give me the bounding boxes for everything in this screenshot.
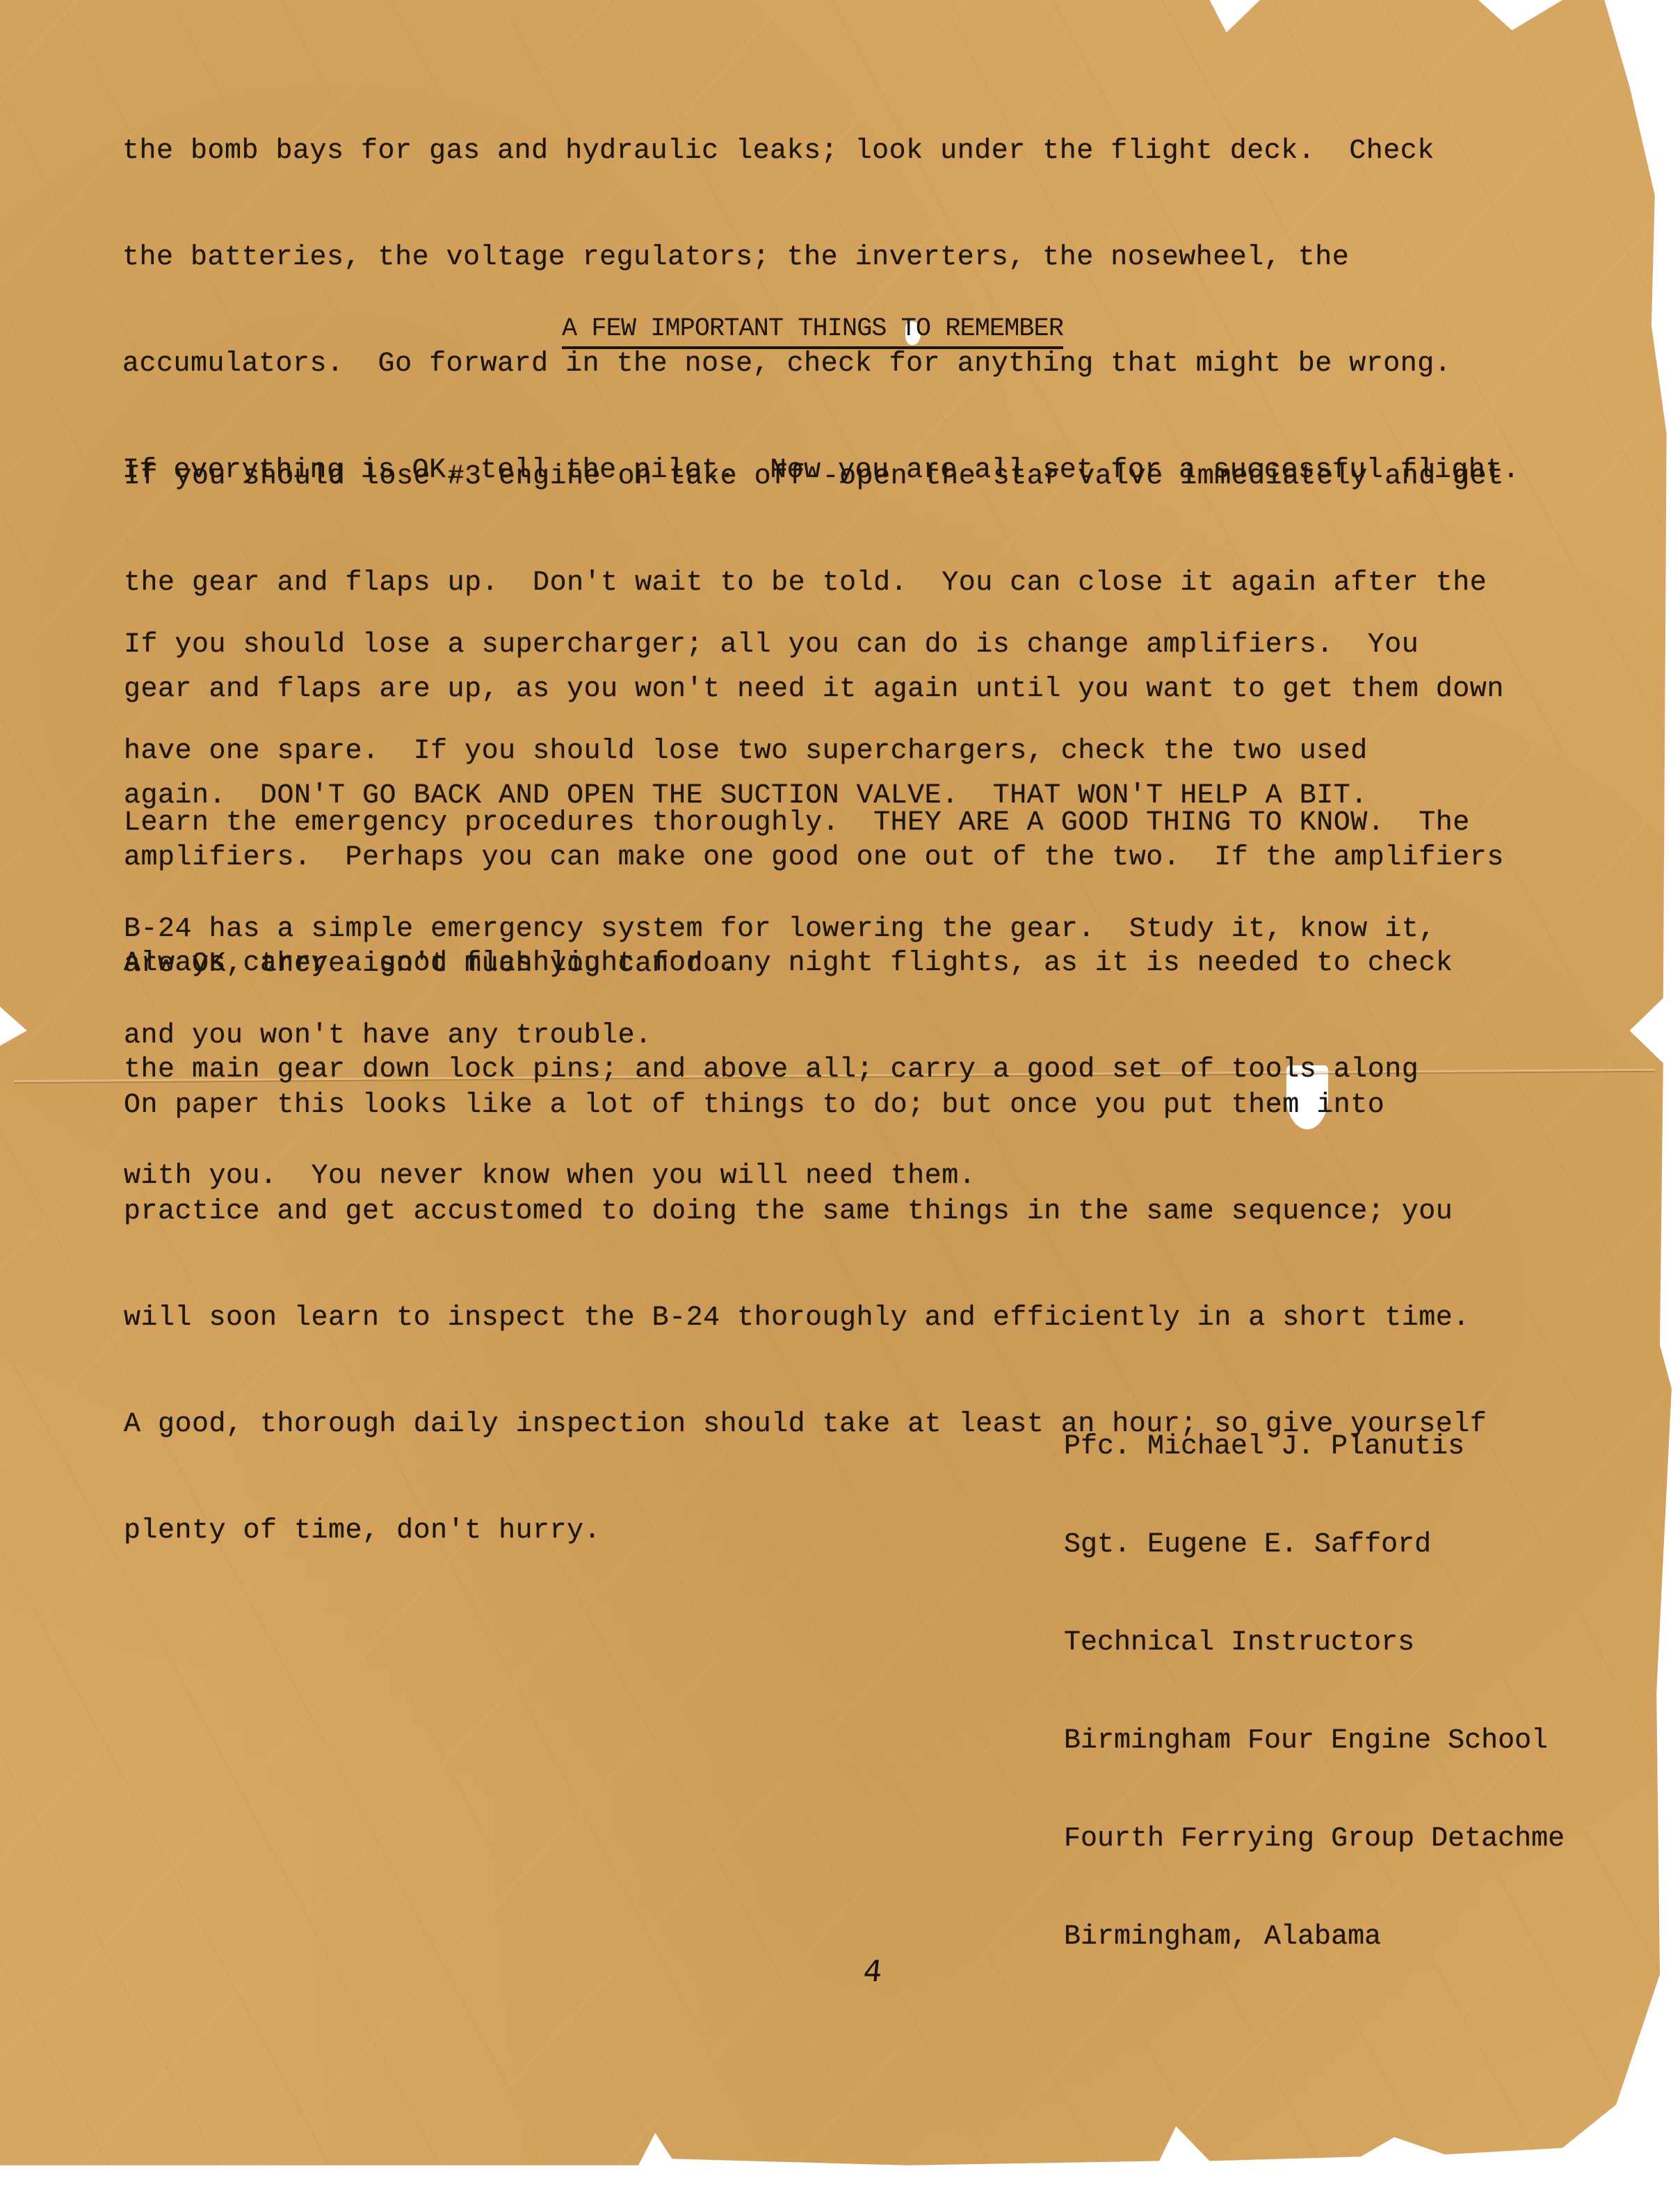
signature-line: Birmingham, Alabama	[1064, 1921, 1565, 1953]
text-line: If you should lose #3 engine on take off…	[124, 459, 1504, 494]
text-line: the batteries, the voltage regulators; t…	[122, 240, 1519, 275]
signature-line: Sgt. Eugene E. Safford	[1064, 1528, 1565, 1561]
signature-line: Fourth Ferrying Group Detachme	[1064, 1823, 1565, 1855]
text-line: will soon learn to inspect the B-24 thor…	[124, 1300, 1487, 1336]
text-line: the bomb bays for gas and hydraulic leak…	[122, 134, 1519, 169]
text-line: On paper this looks like a lot of things…	[124, 1088, 1487, 1123]
page-number: 4	[862, 1954, 884, 1988]
text-line: If you should lose a supercharger; all y…	[124, 627, 1504, 663]
signature-line: Pfc. Michael J. Planutis	[1064, 1430, 1565, 1463]
signature-line: Technical Instructors	[1064, 1627, 1565, 1659]
signature-block: Pfc. Michael J. Planutis Sgt. Eugene E. …	[1064, 1365, 1565, 1986]
text-line: practice and get accustomed to doing the…	[124, 1194, 1487, 1229]
signature-line: Birmingham Four Engine School	[1064, 1725, 1565, 1757]
text-line: Always carry a good flashlight for any n…	[124, 946, 1453, 981]
text-line: Learn the emergency procedures thoroughl…	[124, 805, 1470, 841]
text-line: accumulators. Go forward in the nose, ch…	[122, 346, 1519, 382]
section-heading: A FEW IMPORTANT THINGS TO REMEMBER	[562, 314, 1063, 349]
